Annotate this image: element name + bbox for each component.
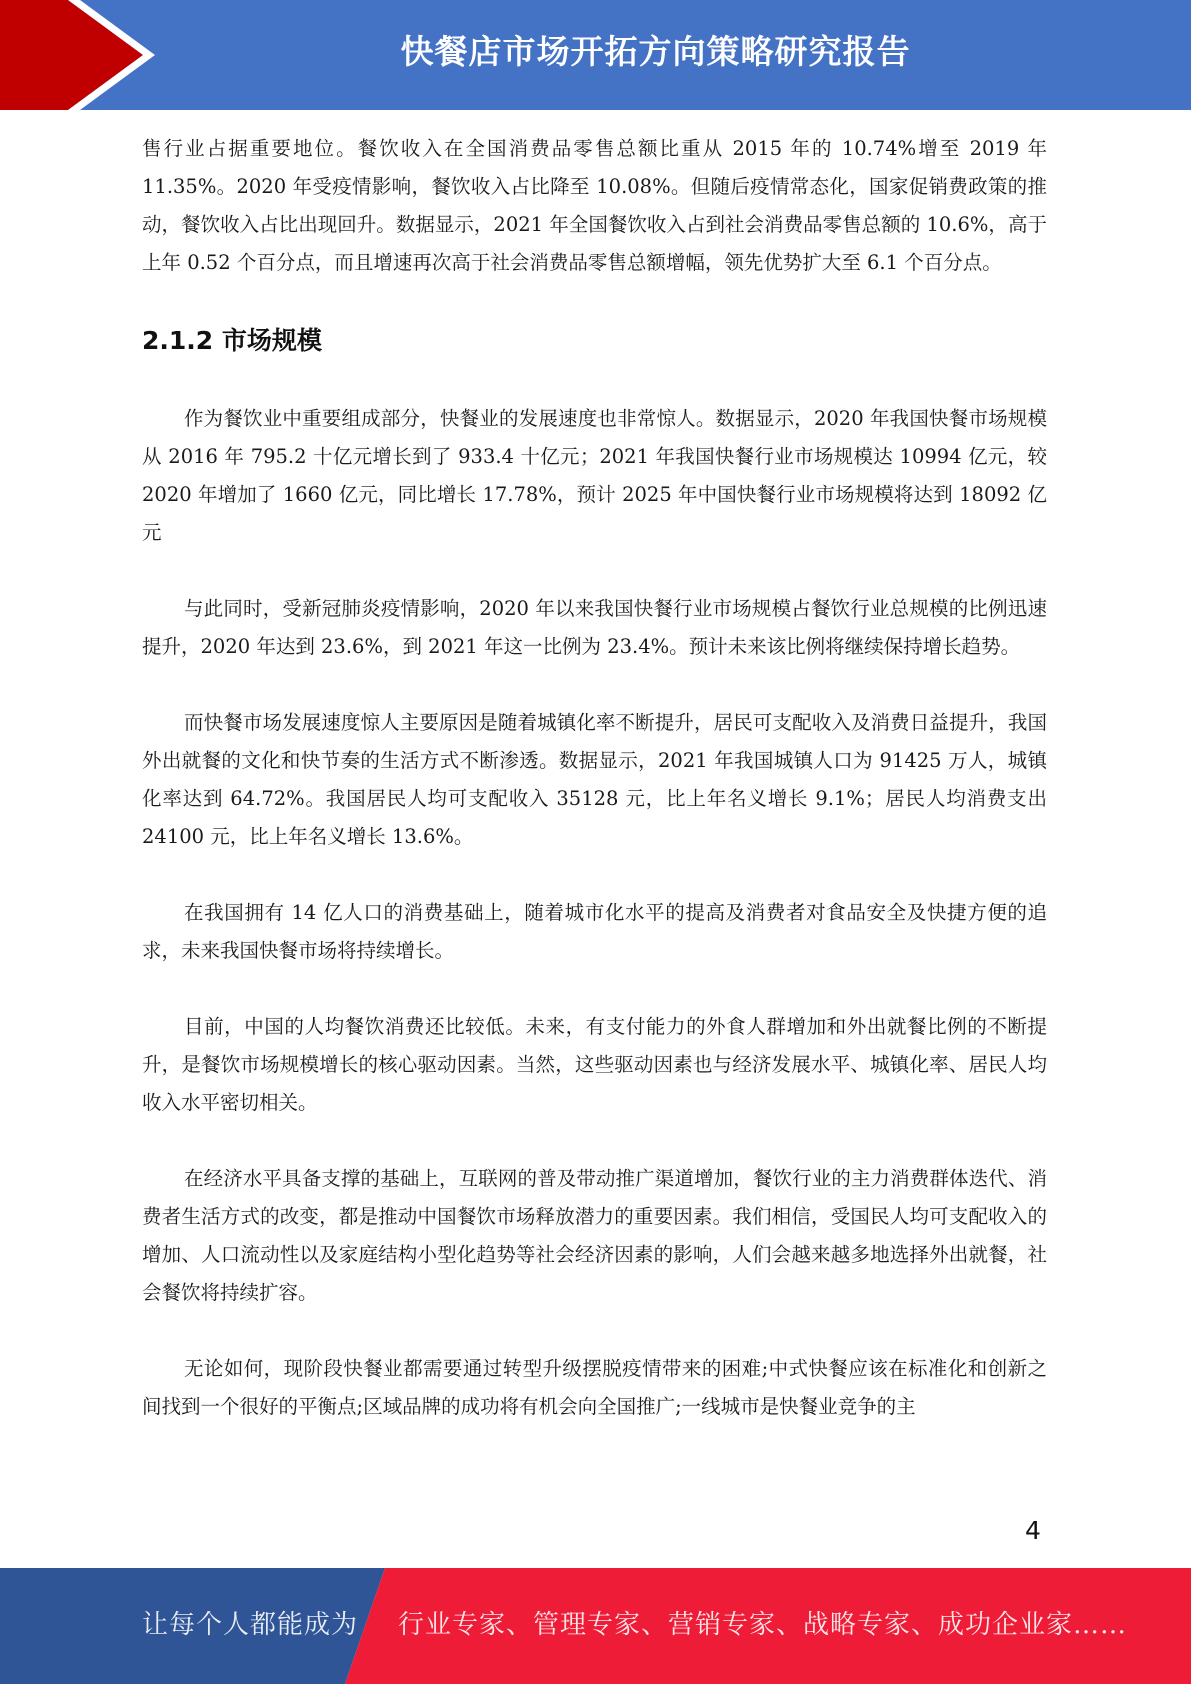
paragraph: 与此同时，受新冠肺炎疫情影响，2020 年以来我国快餐行业市场规模占餐饮行业总规… <box>142 590 1047 666</box>
document-body: 售行业占据重要地位。餐饮收入在全国消费品零售总额比重从 2015 年的 10.7… <box>142 130 1047 1426</box>
page-number: 4 <box>1025 1516 1041 1545</box>
footer-slogan-right: 行业专家、管理专家、营销专家、战略专家、成功企业家…… <box>398 1608 1127 1642</box>
page-header: 快餐店市场开拓方向策略研究报告 <box>0 0 1191 110</box>
section-heading: 2.1.2 市场规模 <box>142 322 1047 360</box>
paragraph-continued: 售行业占据重要地位。餐饮收入在全国消费品零售总额比重从 2015 年的 10.7… <box>142 130 1047 282</box>
paragraph: 而快餐市场发展速度惊人主要原因是随着城镇化率不断提升，居民可支配收入及消费日益提… <box>142 704 1047 856</box>
paragraph: 在我国拥有 14 亿人口的消费基础上，随着城市化水平的提高及消费者对食品安全及快… <box>142 894 1047 970</box>
paragraph: 目前，中国的人均餐饮消费还比较低。未来，有支付能力的外食人群增加和外出就餐比例的… <box>142 1008 1047 1122</box>
page-footer: 让每个人都能成为 行业专家、管理专家、营销专家、战略专家、成功企业家…… <box>0 1568 1191 1684</box>
paragraph: 作为餐饮业中重要组成部分，快餐业的发展速度也非常惊人。数据显示，2020 年我国… <box>142 400 1047 552</box>
paragraph: 在经济水平具备支撑的基础上，互联网的普及带动推广渠道增加，餐饮行业的主力消费群体… <box>142 1160 1047 1312</box>
paragraph: 无论如何，现阶段快餐业都需要通过转型升级摆脱疫情带来的困难;中式快餐应该在标准化… <box>142 1350 1047 1426</box>
document-title: 快餐店市场开拓方向策略研究报告 <box>120 24 1191 80</box>
footer-slogan-left: 让每个人都能成为 <box>142 1608 358 1642</box>
